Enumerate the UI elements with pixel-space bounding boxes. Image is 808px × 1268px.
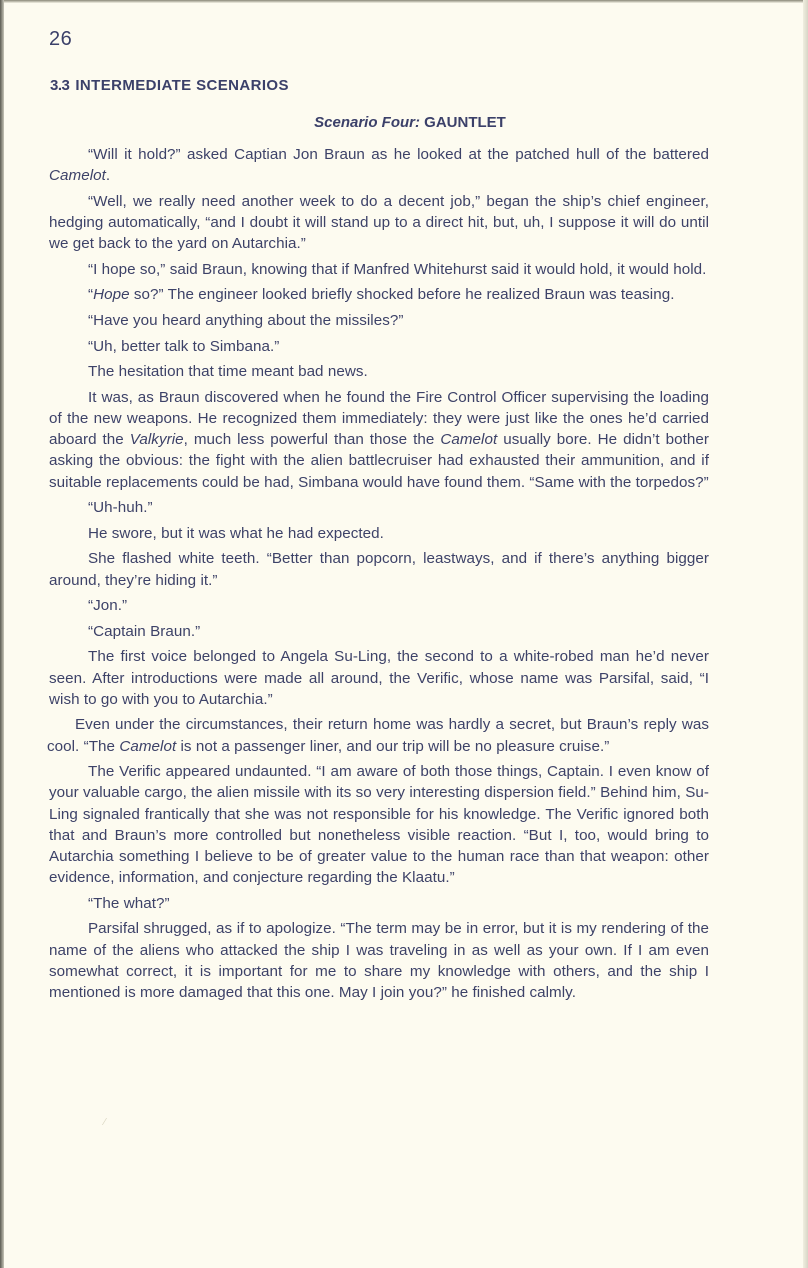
paragraph: Even under the circumstances, their retu… bbox=[47, 714, 709, 756]
italic-text: Hope bbox=[93, 286, 130, 303]
scenario-title: Scenario Four: GAUNTLET bbox=[0, 114, 808, 131]
text-run: is not a passenger liner, and our trip w… bbox=[176, 738, 609, 755]
section-number: 3.3 bbox=[50, 77, 69, 94]
page-edge-right bbox=[803, 0, 808, 1268]
scenario-lead: Scenario Four: bbox=[314, 114, 420, 131]
text-run: Parsifal shrugged, as if to apologize. “… bbox=[49, 920, 709, 1001]
page-edge-left bbox=[0, 0, 4, 1268]
paragraph: “I hope so,” said Braun, knowing that if… bbox=[49, 259, 709, 280]
text-run: so?” The engineer looked briefly shocked… bbox=[130, 286, 675, 303]
text-run: “The what?” bbox=[88, 895, 170, 912]
paragraph: “Well, we really need another week to do… bbox=[49, 191, 709, 255]
paragraph: Parsifal shrugged, as if to apologize. “… bbox=[49, 918, 709, 1003]
text-run: He swore, but it was what he had expecte… bbox=[88, 525, 384, 542]
paragraph: “Captain Braun.” bbox=[49, 621, 709, 642]
story-body: “Will it hold?” asked Captian Jon Braun … bbox=[49, 144, 709, 1008]
text-run: “Uh-huh.” bbox=[88, 499, 153, 516]
paragraph: “Hope so?” The engineer looked briefly s… bbox=[49, 284, 709, 305]
paragraph: It was, as Braun discovered when he foun… bbox=[49, 387, 709, 493]
text-run: The hesitation that time meant bad news. bbox=[88, 363, 368, 380]
paragraph: “Uh-huh.” bbox=[49, 497, 709, 518]
paragraph: “Have you heard anything about the missi… bbox=[49, 310, 709, 331]
text-run: “Will it hold?” asked Captian Jon Braun … bbox=[88, 146, 709, 163]
scenario-name: GAUNTLET bbox=[424, 114, 506, 131]
paragraph: The hesitation that time meant bad news. bbox=[49, 361, 709, 382]
page-edge-top bbox=[0, 0, 808, 3]
paragraph: “Will it hold?” asked Captian Jon Braun … bbox=[49, 144, 709, 186]
text-run: “Jon.” bbox=[88, 597, 127, 614]
text-run: The first voice belonged to Angela Su-Li… bbox=[49, 648, 709, 707]
section-heading: 3.3INTERMEDIATE SCENARIOS bbox=[50, 77, 289, 94]
italic-text: Camelot bbox=[119, 738, 176, 755]
italic-text: Camelot bbox=[440, 431, 497, 448]
paper-mark: ⁄ bbox=[104, 1117, 114, 1127]
page-number: 26 bbox=[49, 28, 72, 51]
text-run: “Captain Braun.” bbox=[88, 623, 200, 640]
text-run: “Uh, better talk to Simbana.” bbox=[88, 338, 279, 355]
text-run: , much less powerful than those the bbox=[184, 431, 441, 448]
text-run: She flashed white teeth. “Better than po… bbox=[49, 550, 709, 588]
paragraph: He swore, but it was what he had expecte… bbox=[49, 523, 709, 544]
paragraph: “Uh, better talk to Simbana.” bbox=[49, 336, 709, 357]
paragraph: She flashed white teeth. “Better than po… bbox=[49, 548, 709, 590]
text-run: “Have you heard anything about the missi… bbox=[88, 312, 403, 329]
text-run: “I hope so,” said Braun, knowing that if… bbox=[88, 261, 706, 278]
italic-text: Camelot bbox=[49, 167, 106, 184]
italic-text: Valkyrie bbox=[130, 431, 184, 448]
paragraph: The Verific appeared undaunted. “I am aw… bbox=[49, 761, 709, 888]
text-run: The Verific appeared undaunted. “I am aw… bbox=[49, 763, 709, 886]
paragraph: “Jon.” bbox=[49, 595, 709, 616]
text-run: “Well, we really need another week to do… bbox=[49, 193, 709, 252]
text-run: . bbox=[106, 167, 110, 184]
section-title: INTERMEDIATE SCENARIOS bbox=[75, 77, 289, 94]
paragraph: “The what?” bbox=[49, 893, 709, 914]
paragraph: The first voice belonged to Angela Su-Li… bbox=[49, 646, 709, 710]
